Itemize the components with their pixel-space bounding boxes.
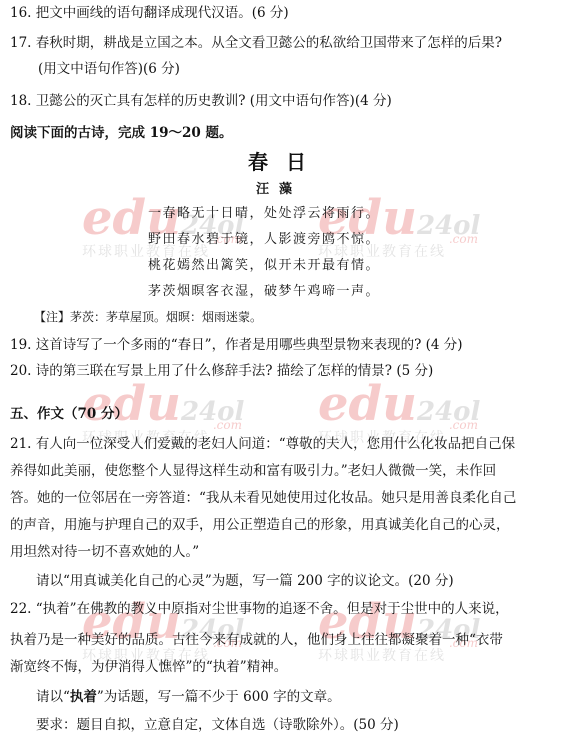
poem-title: 春日 xyxy=(248,146,324,175)
poem-line-4: 茅茨烟暝客衣湿，破梦午鸡啼一声。 xyxy=(148,280,380,299)
poem-note: 【注】茅茨：茅草屋顶。烟暝：烟雨迷蒙。 xyxy=(34,308,262,325)
watermark-logo: edu xyxy=(318,376,417,432)
poem-line-2: 野田春水碧于镜，人影渡旁鸥不惊。 xyxy=(148,228,380,247)
question-20: 20. 诗的第三联在写景上用了什么修辞手法? 描绘了怎样的情景? (5 分) xyxy=(10,362,433,380)
poem-line-1: 一春略无十日晴，处处浮云将雨行。 xyxy=(148,202,380,221)
poem-line-3: 桃花嫣然出篱笑，似开未开最有情。 xyxy=(148,254,380,273)
question-22-requirements: 要求：题目自拟，立意自定，文体自选（诗歌除外）。(50 分) xyxy=(36,716,399,734)
question-19: 19. 这首诗写了一个多雨的“春日”，作者是用哪些典型景物来表现的? (4 分) xyxy=(10,336,463,354)
poem-author: 汪藻 xyxy=(256,178,302,197)
question-21-line-3: 答。她的一位邻居在一旁答道：“我从未看见她使用过化妆品。她只是用善良柔化自己 xyxy=(10,489,516,507)
question-16: 16. 把文中画线的语句翻译成现代汉语。(6 分) xyxy=(10,4,289,22)
question-22-prompt-pre: 请以“ xyxy=(36,689,70,705)
question-22-prompt: 请以“执着”为话题，写一篇不少于 600 字的文章。 xyxy=(36,688,341,706)
question-17-line-2: (用文中语句作答)(6 分) xyxy=(38,60,180,78)
poem-intro: 阅读下面的古诗，完成 19～20 题。 xyxy=(10,124,232,142)
question-21-line-2: 养得如此美丽，使您整个人显得这样生动和富有吸引力。”老妇人微微一笑，未作回 xyxy=(10,462,496,480)
question-22-line-1: 22. “执着”在佛教的教义中原指对尘世事物的追逐不舍。但是对于尘世中的人来说， xyxy=(10,600,509,618)
question-22-topic: 执着 xyxy=(70,689,97,705)
question-22-line-3: 渐宽终不悔，为伊消得人憔悴”的“执着”精神。 xyxy=(10,658,287,676)
question-22-line-2: 执着乃是一种美好的品质。古往今来有成就的人，他们身上往往都凝聚着一种“衣带 xyxy=(10,631,503,649)
question-17-line-1: 17. 春秋时期，耕战是立国之本。从全文看卫懿公的私欲给卫国带来了怎样的后果? xyxy=(10,34,502,52)
question-21-line-1: 21. 有人向一位深受人们爱戴的老妇人问道：“尊敬的夫人，您用什么化妆品把自己保 xyxy=(10,435,515,453)
section-heading-composition: 五、作文（70 分） xyxy=(10,405,128,423)
watermark-logo: edu xyxy=(82,376,181,432)
question-22-prompt-post: ”为话题，写一篇不少于 600 字的文章。 xyxy=(97,689,341,705)
question-21-line-5: 用坦然对待一切不喜欢她的人。” xyxy=(10,543,199,561)
question-21-line-4: 的声音，用施与护理自己的双手，用公正塑造自己的形象，用真诚美化自己的心灵， xyxy=(10,516,510,534)
question-21-prompt: 请以“用真诚美化自己的心灵”为题，写一篇 200 字的议论文。(20 分) xyxy=(36,572,454,590)
question-18: 18. 卫懿公的灭亡具有怎样的历史教训? (用文中语句作答)(4 分) xyxy=(10,92,392,110)
